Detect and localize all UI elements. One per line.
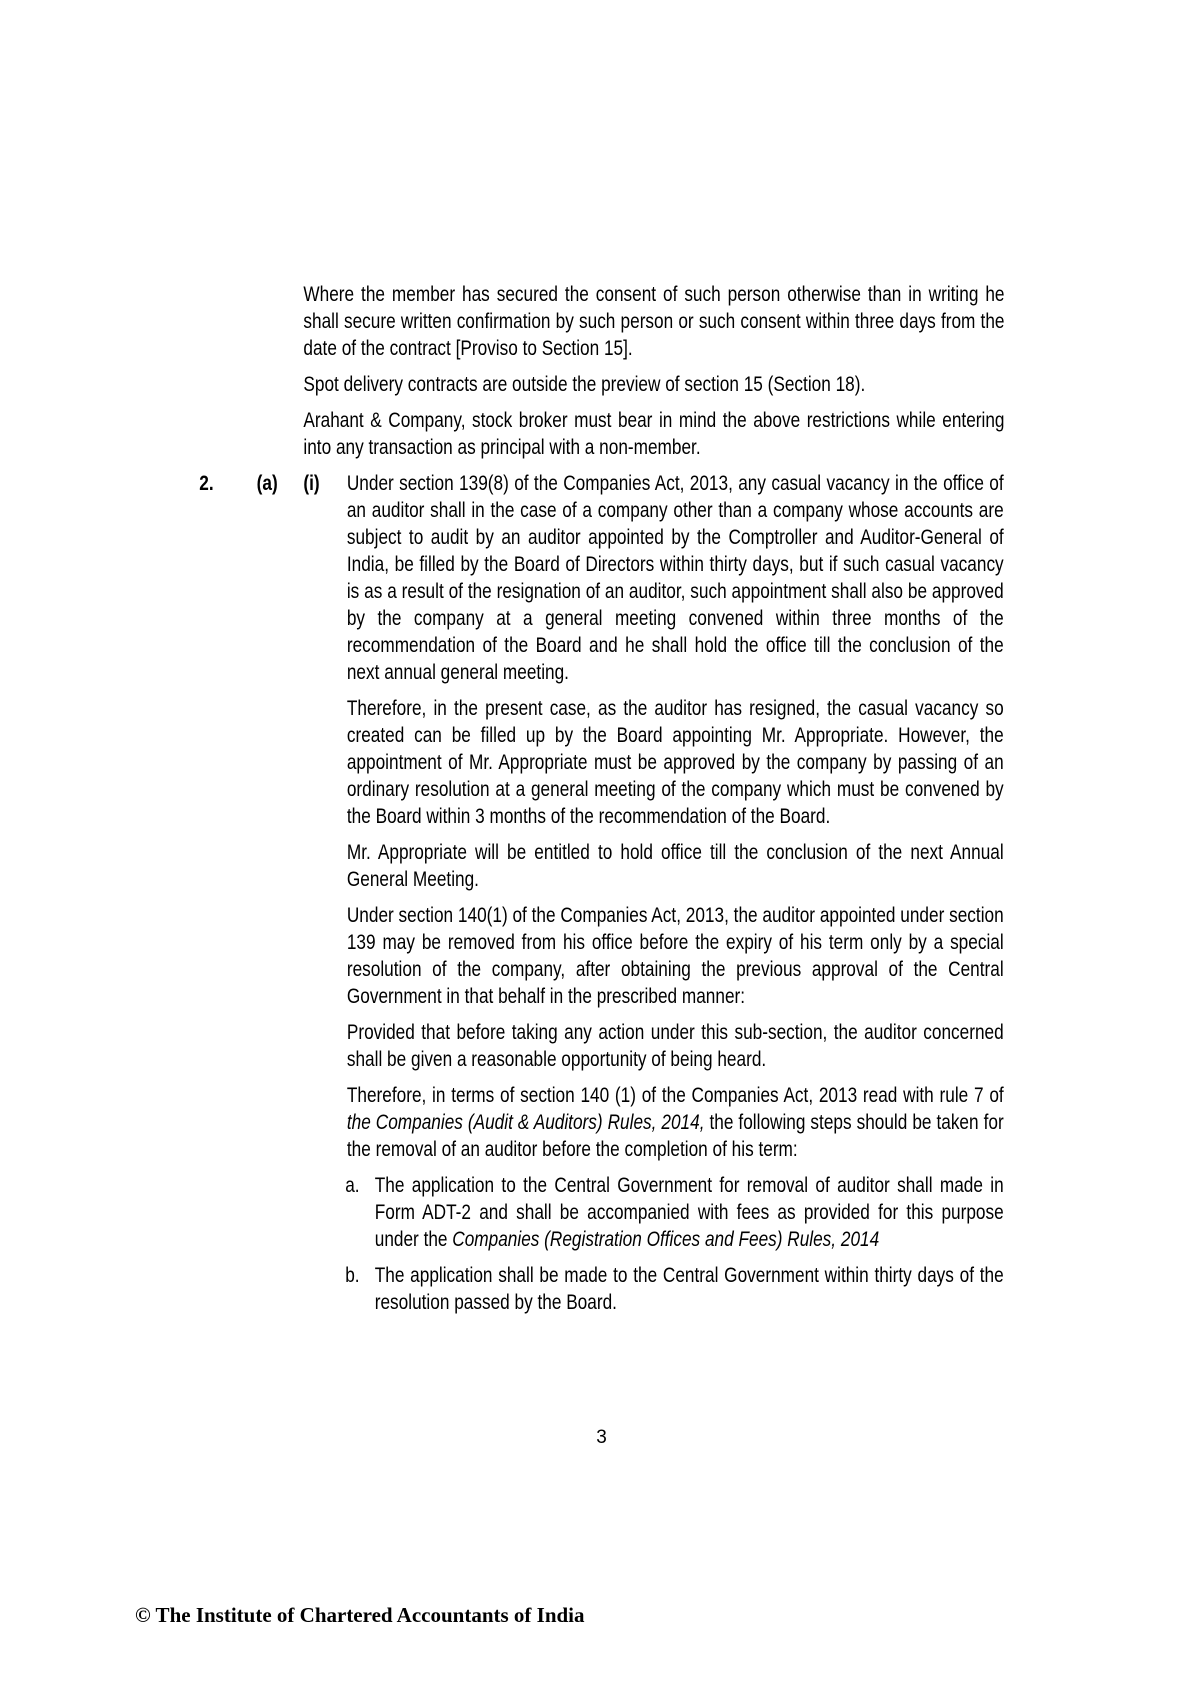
step-text-b: The application shall be made to the Cen… — [375, 1262, 1004, 1316]
paragraph-consent-written-confirmation: Where the member has secured the consent… — [303, 281, 1004, 362]
step-text-a: The application to the Central Governmen… — [375, 1172, 1004, 1253]
text-block: Where the member has secured the consent… — [0, 281, 1191, 1325]
question-number-label: 2. — [199, 470, 213, 497]
paragraph-removal-section-140-1: Under section 140(1) of the Companies Ac… — [347, 902, 1004, 1010]
steps-intro-text-before: Therefore, in terms of section 140 (1) o… — [347, 1084, 1004, 1107]
registration-offices-fees-rules-reference: Companies (Registration Offices and Fees… — [452, 1228, 879, 1251]
paragraph-removal-steps-intro: Therefore, in terms of section 140 (1) o… — [347, 1082, 1004, 1163]
step-b-text: The application shall be made to the Cen… — [375, 1264, 1004, 1314]
answer-item-2a-i: 2. (a) (i) Under section 139(8) of the C… — [0, 470, 1191, 1316]
paragraph-proviso-opportunity-of-being-heard: Provided that before taking any action u… — [347, 1019, 1004, 1073]
paragraph-appropriate-office-tenure: Mr. Appropriate will be entitled to hold… — [347, 839, 1004, 893]
footer-copyright: © The Institute of Chartered Accountants… — [135, 1602, 585, 1628]
answer-body: Under section 139(8) of the Companies Ac… — [347, 470, 1004, 1316]
question-subpart-label: (i) — [303, 470, 319, 497]
step-item-b: b. The application shall be made to the … — [347, 1262, 1004, 1316]
audit-auditors-rules-reference: the Companies (Audit & Auditors) Rules, … — [347, 1111, 705, 1134]
page-number: 3 — [199, 1426, 1004, 1450]
question-part-label: (a) — [257, 470, 278, 497]
step-marker-b: b. — [345, 1262, 359, 1289]
step-marker-a: a. — [345, 1172, 359, 1199]
paragraph-spot-delivery-contracts: Spot delivery contracts are outside the … — [303, 371, 1004, 398]
paragraph-present-case-board-appointment: Therefore, in the present case, as the a… — [347, 695, 1004, 830]
step-item-a: a. The application to the Central Govern… — [347, 1172, 1004, 1253]
paragraph-arahant-company: Arahant & Company, stock broker must bea… — [303, 407, 1004, 461]
document-page: Where the member has secured the consent… — [0, 0, 1191, 1684]
paragraph-casual-vacancy-section-139-8: Under section 139(8) of the Companies Ac… — [347, 470, 1004, 686]
